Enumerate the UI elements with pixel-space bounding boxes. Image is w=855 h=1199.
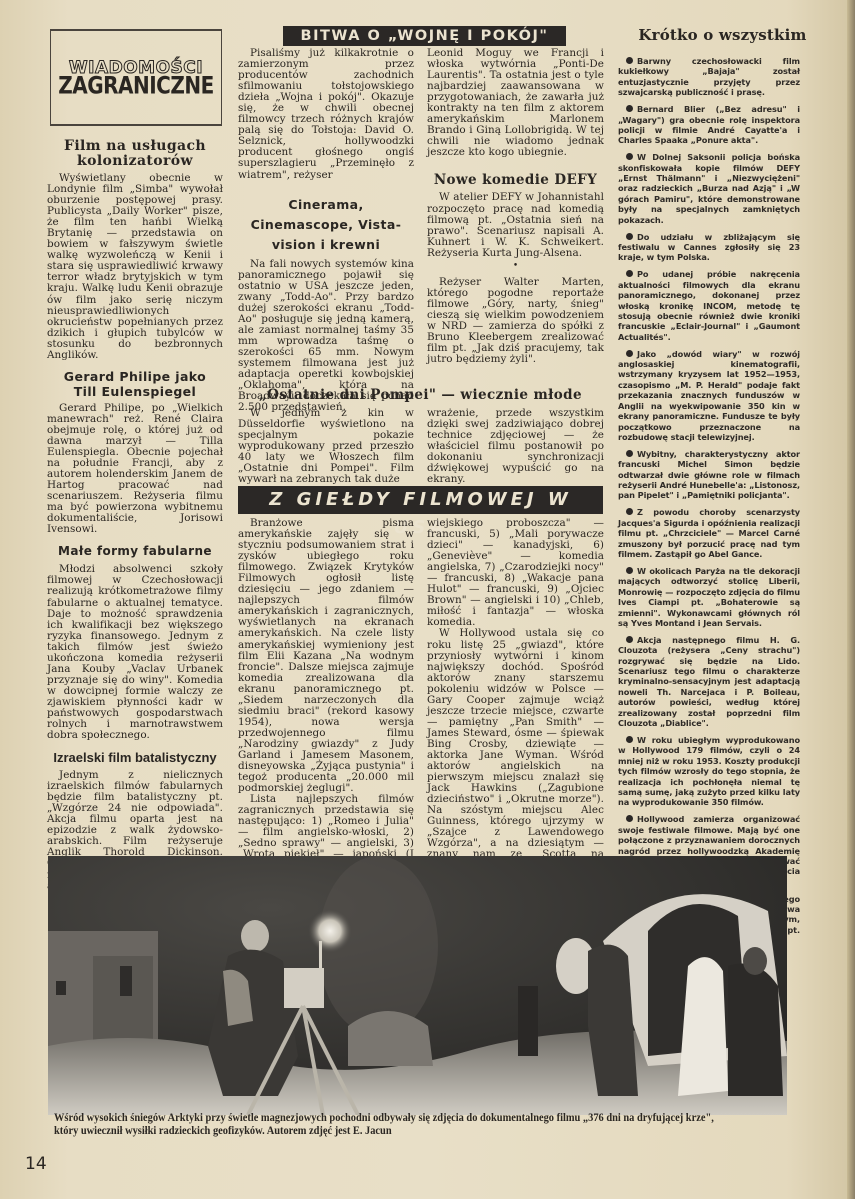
- gieldy-col2: wiejskiego proboszcza" — francuski, 5) „…: [427, 518, 604, 872]
- news-item: W roku ubiegłym wyprodukowano w Hollywoo…: [618, 735, 800, 808]
- news-item: Z powodu choroby scenarzysty Jacques'a S…: [618, 507, 800, 559]
- bullet-icon: [626, 153, 633, 160]
- magazine-page: WIADOMOŚCI ZAGRANICZNE Film na usługach …: [0, 0, 855, 1199]
- article-body-male-formy: Młodzi absolwenci szkoły filmowej w Czec…: [47, 564, 223, 741]
- gieldy-text-col2b: W Hollywood ustala się co roku listę 25 …: [427, 628, 604, 871]
- news-item: Do udziału w zbliżającym się festiwalu w…: [618, 232, 800, 263]
- left-column: Film na usługach kolonizatorów Wyświetla…: [47, 139, 223, 892]
- article-title-simba: Film na usługach kolonizatorów: [47, 139, 223, 169]
- bullet-icon: [626, 233, 633, 240]
- bullet-icon: [626, 508, 633, 515]
- bullet-icon: [626, 450, 633, 457]
- banner-gieldy: Z GIEŁDY FILMOWEJ W USA: [238, 486, 603, 514]
- news-item: W Dolnej Saksonii policja bońska skonfis…: [618, 152, 800, 225]
- article-title-cinerama: Cinerama, Cinemascope, Vista-vision i kr…: [238, 195, 414, 255]
- masthead-box: WIADOMOŚCI ZAGRANICZNE: [50, 29, 222, 126]
- masthead-line2: ZAGRANICZNE: [58, 74, 214, 97]
- bullet-icon: [626, 815, 633, 822]
- article-title-philipe: Gerard Philipe jako Till Eulenspiegel: [57, 369, 213, 399]
- bullet-icon: [626, 567, 633, 574]
- krotko-title: Krótko o wszystkim: [620, 26, 825, 44]
- section-separator-bullet: •: [427, 261, 604, 271]
- news-item: Wybitny, charakterystyczny aktor francus…: [618, 449, 800, 501]
- news-item: W okolicach Paryża na tle dekoracji mają…: [618, 566, 800, 628]
- pompei-text-col1: W jednym z kin w Düsseldorfie wyświetlon…: [238, 408, 414, 485]
- article-title-pompei: „Ostatnie dni Pompei" — wiecznie młode: [238, 387, 603, 403]
- article-body-simba: Wyświetlany obecnie w Londynie film „Sim…: [47, 173, 223, 361]
- bullet-icon: [626, 350, 633, 357]
- gieldy-text-col1a: Branżowe pisma amerykańskie zajęły się w…: [238, 518, 414, 794]
- article-title-male-formy: Małe formy fabularne: [47, 544, 223, 559]
- banner-bitwa: BITWA O „WOJNĘ I POKÓJ": [283, 26, 566, 46]
- pompei-col2: wrażenie, przede wszystkim dzięki swej z…: [427, 408, 604, 485]
- photo-caption: Wśród wysokich śniegów Arktyki przy świe…: [54, 1112, 733, 1138]
- page-number: 14: [25, 1154, 47, 1174]
- gieldy-text-col2a: wiejskiego proboszcza" — francuski, 5) „…: [427, 518, 604, 628]
- page-edge: [847, 0, 855, 1199]
- article-body-philipe: Gerard Philipe, po „Wielkich manewrach" …: [47, 403, 223, 536]
- gieldy-col1: Branżowe pisma amerykańskie zajęły się w…: [238, 518, 414, 883]
- bullet-icon: [626, 270, 633, 277]
- bullet-icon: [626, 736, 633, 743]
- arctic-photo: [48, 856, 787, 1115]
- arctic-scene-illustration: [48, 856, 787, 1115]
- article-body-defy-2: Reżyser Walter Marten, którego pogodne r…: [427, 277, 604, 365]
- bitwa-col1: Pisaliśmy już kilkakrotnie o zamierzonym…: [238, 48, 414, 413]
- news-item: Jako „dowód wiary" w rozwój anglosaskiej…: [618, 349, 800, 443]
- article-title-defy: Nowe komedie DEFY: [427, 172, 604, 188]
- news-item: Akcja następnego filmu H. G. Clouzota (r…: [618, 635, 800, 729]
- bitwa-col2: Leonid Moguy we Francji i włoska wytwórn…: [427, 48, 604, 365]
- pompei-col1: W jednym z kin w Düsseldorfie wyświetlon…: [238, 408, 414, 485]
- bitwa-text-col2: Leonid Moguy we Francji i włoska wytwórn…: [427, 48, 604, 158]
- bitwa-text-col1: Pisaliśmy już kilkakrotnie o zamierzonym…: [238, 48, 414, 181]
- article-body-defy-1: W atelier DEFY w Johannistahl rozpoczęto…: [427, 192, 604, 258]
- pompei-text-col2: wrażenie, przede wszystkim dzięki swej z…: [427, 408, 604, 485]
- news-item: Po udanej próbie nakręcenia aktualności …: [618, 269, 800, 342]
- bullet-icon: [626, 636, 633, 643]
- news-item: Barwny czechosłowacki film kukiełkowy „B…: [618, 56, 800, 98]
- bullet-icon: [626, 57, 633, 64]
- news-item: Bernard Blier („Bez adresu" i „Wagary") …: [618, 104, 800, 146]
- bullet-icon: [626, 105, 633, 112]
- article-title-izraelski: Izraelski film batalistyczny: [47, 750, 223, 765]
- krotko-column: Barwny czechosłowacki film kukiełkowy „B…: [618, 56, 800, 952]
